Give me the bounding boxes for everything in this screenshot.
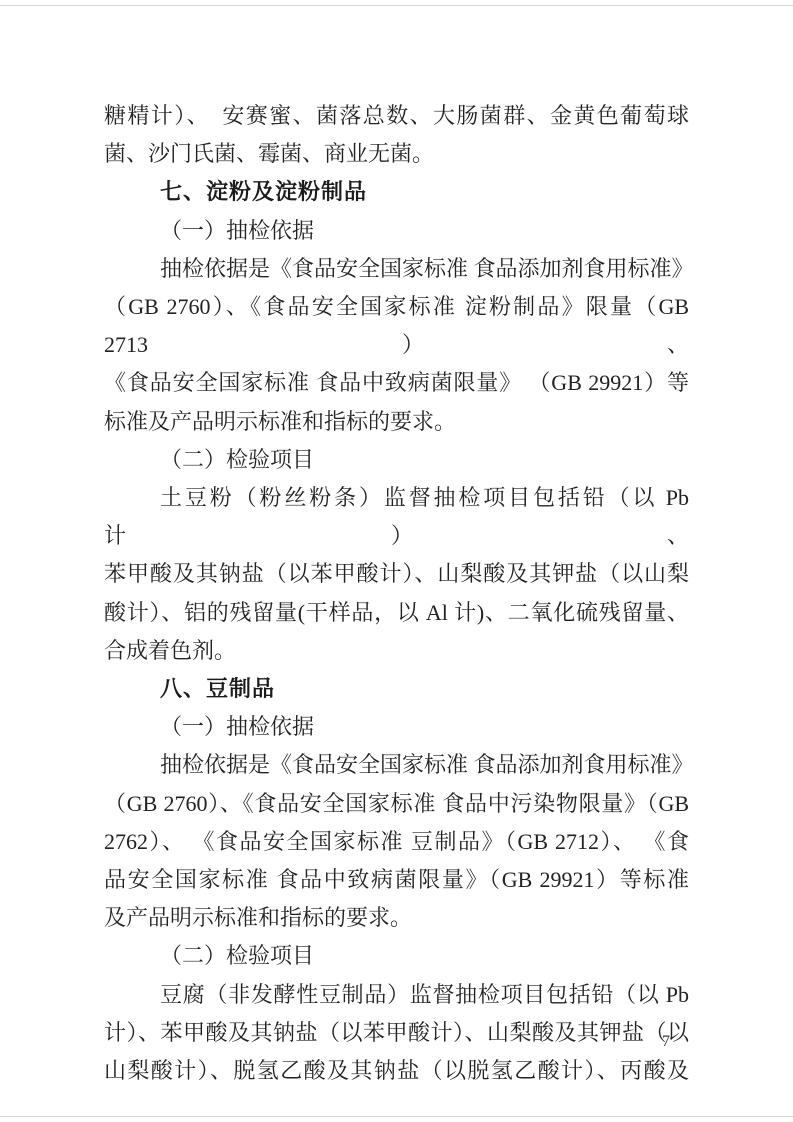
text-line: 酸计）、铝的残留量(干样品，以 Al 计)、二氧化硫残留量、	[104, 594, 689, 632]
paragraph: （一）抽检依据	[104, 212, 689, 250]
text-line: （GB 2760）、《食品安全国家标准 淀粉制品》限量（GB 2713）、	[104, 288, 689, 364]
subsection-heading: （一）抽检依据	[104, 708, 689, 746]
text-line: （GB 2760）、《食品安全国家标准 食品中污染物限量》（GB	[104, 785, 689, 823]
section-heading: 七、淀粉及淀粉制品	[104, 173, 689, 211]
paragraph: 七、淀粉及淀粉制品	[104, 173, 689, 211]
text-line: 豆腐（非发酵性豆制品）监督抽检项目包括铅（以 Pb	[104, 976, 689, 1014]
paragraph: 八、豆制品	[104, 670, 689, 708]
page-bottom-edge-line	[0, 1116, 793, 1117]
page-top-edge-line	[0, 5, 793, 6]
text-line: 土豆粉（粉丝粉条）监督抽检项目包括铅（以 Pb 计）、	[104, 479, 689, 555]
text-line: 《食品安全国家标准 食品中致病菌限量》 （GB 29921）等	[104, 364, 689, 402]
paragraph: 豆腐（非发酵性豆制品）监督抽检项目包括铅（以 Pb 计）、苯甲酸及其钠盐（以苯甲…	[104, 976, 689, 1091]
text-line: 糖精计）、 安赛蜜、菌落总数、大肠菌群、金黄色葡萄球	[104, 97, 689, 135]
paragraph: （一）抽检依据	[104, 708, 689, 746]
page-number: 7	[662, 1033, 670, 1051]
text-line: 2762）、 《食品安全国家标准 豆制品》（GB 2712）、 《食	[104, 823, 689, 861]
text-line: 山梨酸计）、脱氢乙酸及其钠盐（以脱氢乙酸计）、丙酸及	[104, 1052, 689, 1090]
text-line: 计）、苯甲酸及其钠盐（以苯甲酸计）、山梨酸及其钾盐（以	[104, 1014, 689, 1052]
document-page: 糖精计）、 安赛蜜、菌落总数、大肠菌群、金黄色葡萄球 菌、沙门氏菌、霉菌、商业无…	[0, 0, 793, 1122]
page-content: 糖精计）、 安赛蜜、菌落总数、大肠菌群、金黄色葡萄球 菌、沙门氏菌、霉菌、商业无…	[104, 97, 689, 1090]
paragraph: 抽检依据是《食品安全国家标准 食品添加剂食用标准》 （GB 2760）、《食品安…	[104, 746, 689, 937]
text-line: 标准及产品明示标准和指标的要求。	[104, 403, 689, 441]
text-line: 抽检依据是《食品安全国家标准 食品添加剂食用标准》	[104, 746, 689, 784]
text-line: 抽检依据是《食品安全国家标准 食品添加剂食用标准》	[104, 250, 689, 288]
text-line: 菌、沙门氏菌、霉菌、商业无菌。	[104, 135, 689, 173]
subsection-heading: （一）抽检依据	[104, 212, 689, 250]
paragraph: 抽检依据是《食品安全国家标准 食品添加剂食用标准》 （GB 2760）、《食品安…	[104, 250, 689, 441]
text-line: 苯甲酸及其钠盐（以苯甲酸计）、山梨酸及其钾盐（以山梨	[104, 555, 689, 593]
paragraph: 糖精计）、 安赛蜜、菌落总数、大肠菌群、金黄色葡萄球 菌、沙门氏菌、霉菌、商业无…	[104, 97, 689, 173]
text-line: 合成着色剂。	[104, 632, 689, 670]
paragraph: （二）检验项目	[104, 937, 689, 975]
section-heading: 八、豆制品	[104, 670, 689, 708]
text-line: 品安全国家标准 食品中致病菌限量》（GB 29921）等标准	[104, 861, 689, 899]
subsection-heading: （二）检验项目	[104, 937, 689, 975]
paragraph: （二）检验项目	[104, 441, 689, 479]
subsection-heading: （二）检验项目	[104, 441, 689, 479]
paragraph: 土豆粉（粉丝粉条）监督抽检项目包括铅（以 Pb 计）、 苯甲酸及其钠盐（以苯甲酸…	[104, 479, 689, 670]
text-line: 及产品明示标准和指标的要求。	[104, 899, 689, 937]
